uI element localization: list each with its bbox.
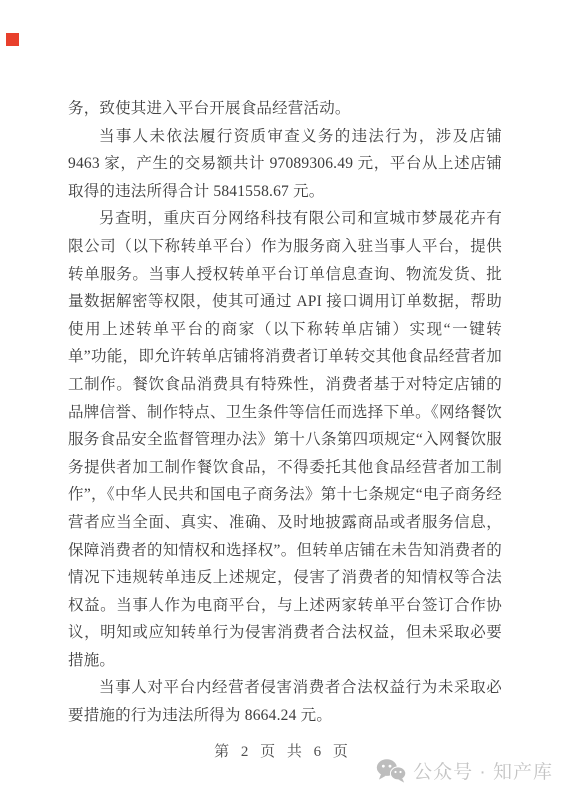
paragraph-continuation: 务，致使其进入平台开展食品经营活动。: [68, 95, 502, 123]
red-square-marker: [6, 33, 19, 46]
watermark: 公众号 · 知产库: [376, 757, 553, 784]
paragraph-violation-summary: 当事人未依法履行资质审查义务的违法行为，涉及店铺 9463 家，产生的交易额共计…: [68, 123, 502, 206]
wechat-icon: [376, 758, 406, 783]
paragraph-findings: 另查明，重庆百分网络科技有限公司和宣城市梦晟花卉有限公司（以下称转单平台）作为服…: [68, 205, 502, 674]
paragraph-illegal-gains: 当事人对平台内经营者侵害消费者合法权益行为未采取必要措施的行为违法所得为 866…: [68, 674, 502, 729]
document-page: 务，致使其进入平台开展食品经营活动。 当事人未依法履行资质审查义务的违法行为，涉…: [0, 0, 566, 800]
watermark-label: 公众号 · 知产库: [413, 757, 553, 784]
document-body: 务，致使其进入平台开展食品经营活动。 当事人未依法履行资质审查义务的违法行为，涉…: [68, 95, 502, 730]
